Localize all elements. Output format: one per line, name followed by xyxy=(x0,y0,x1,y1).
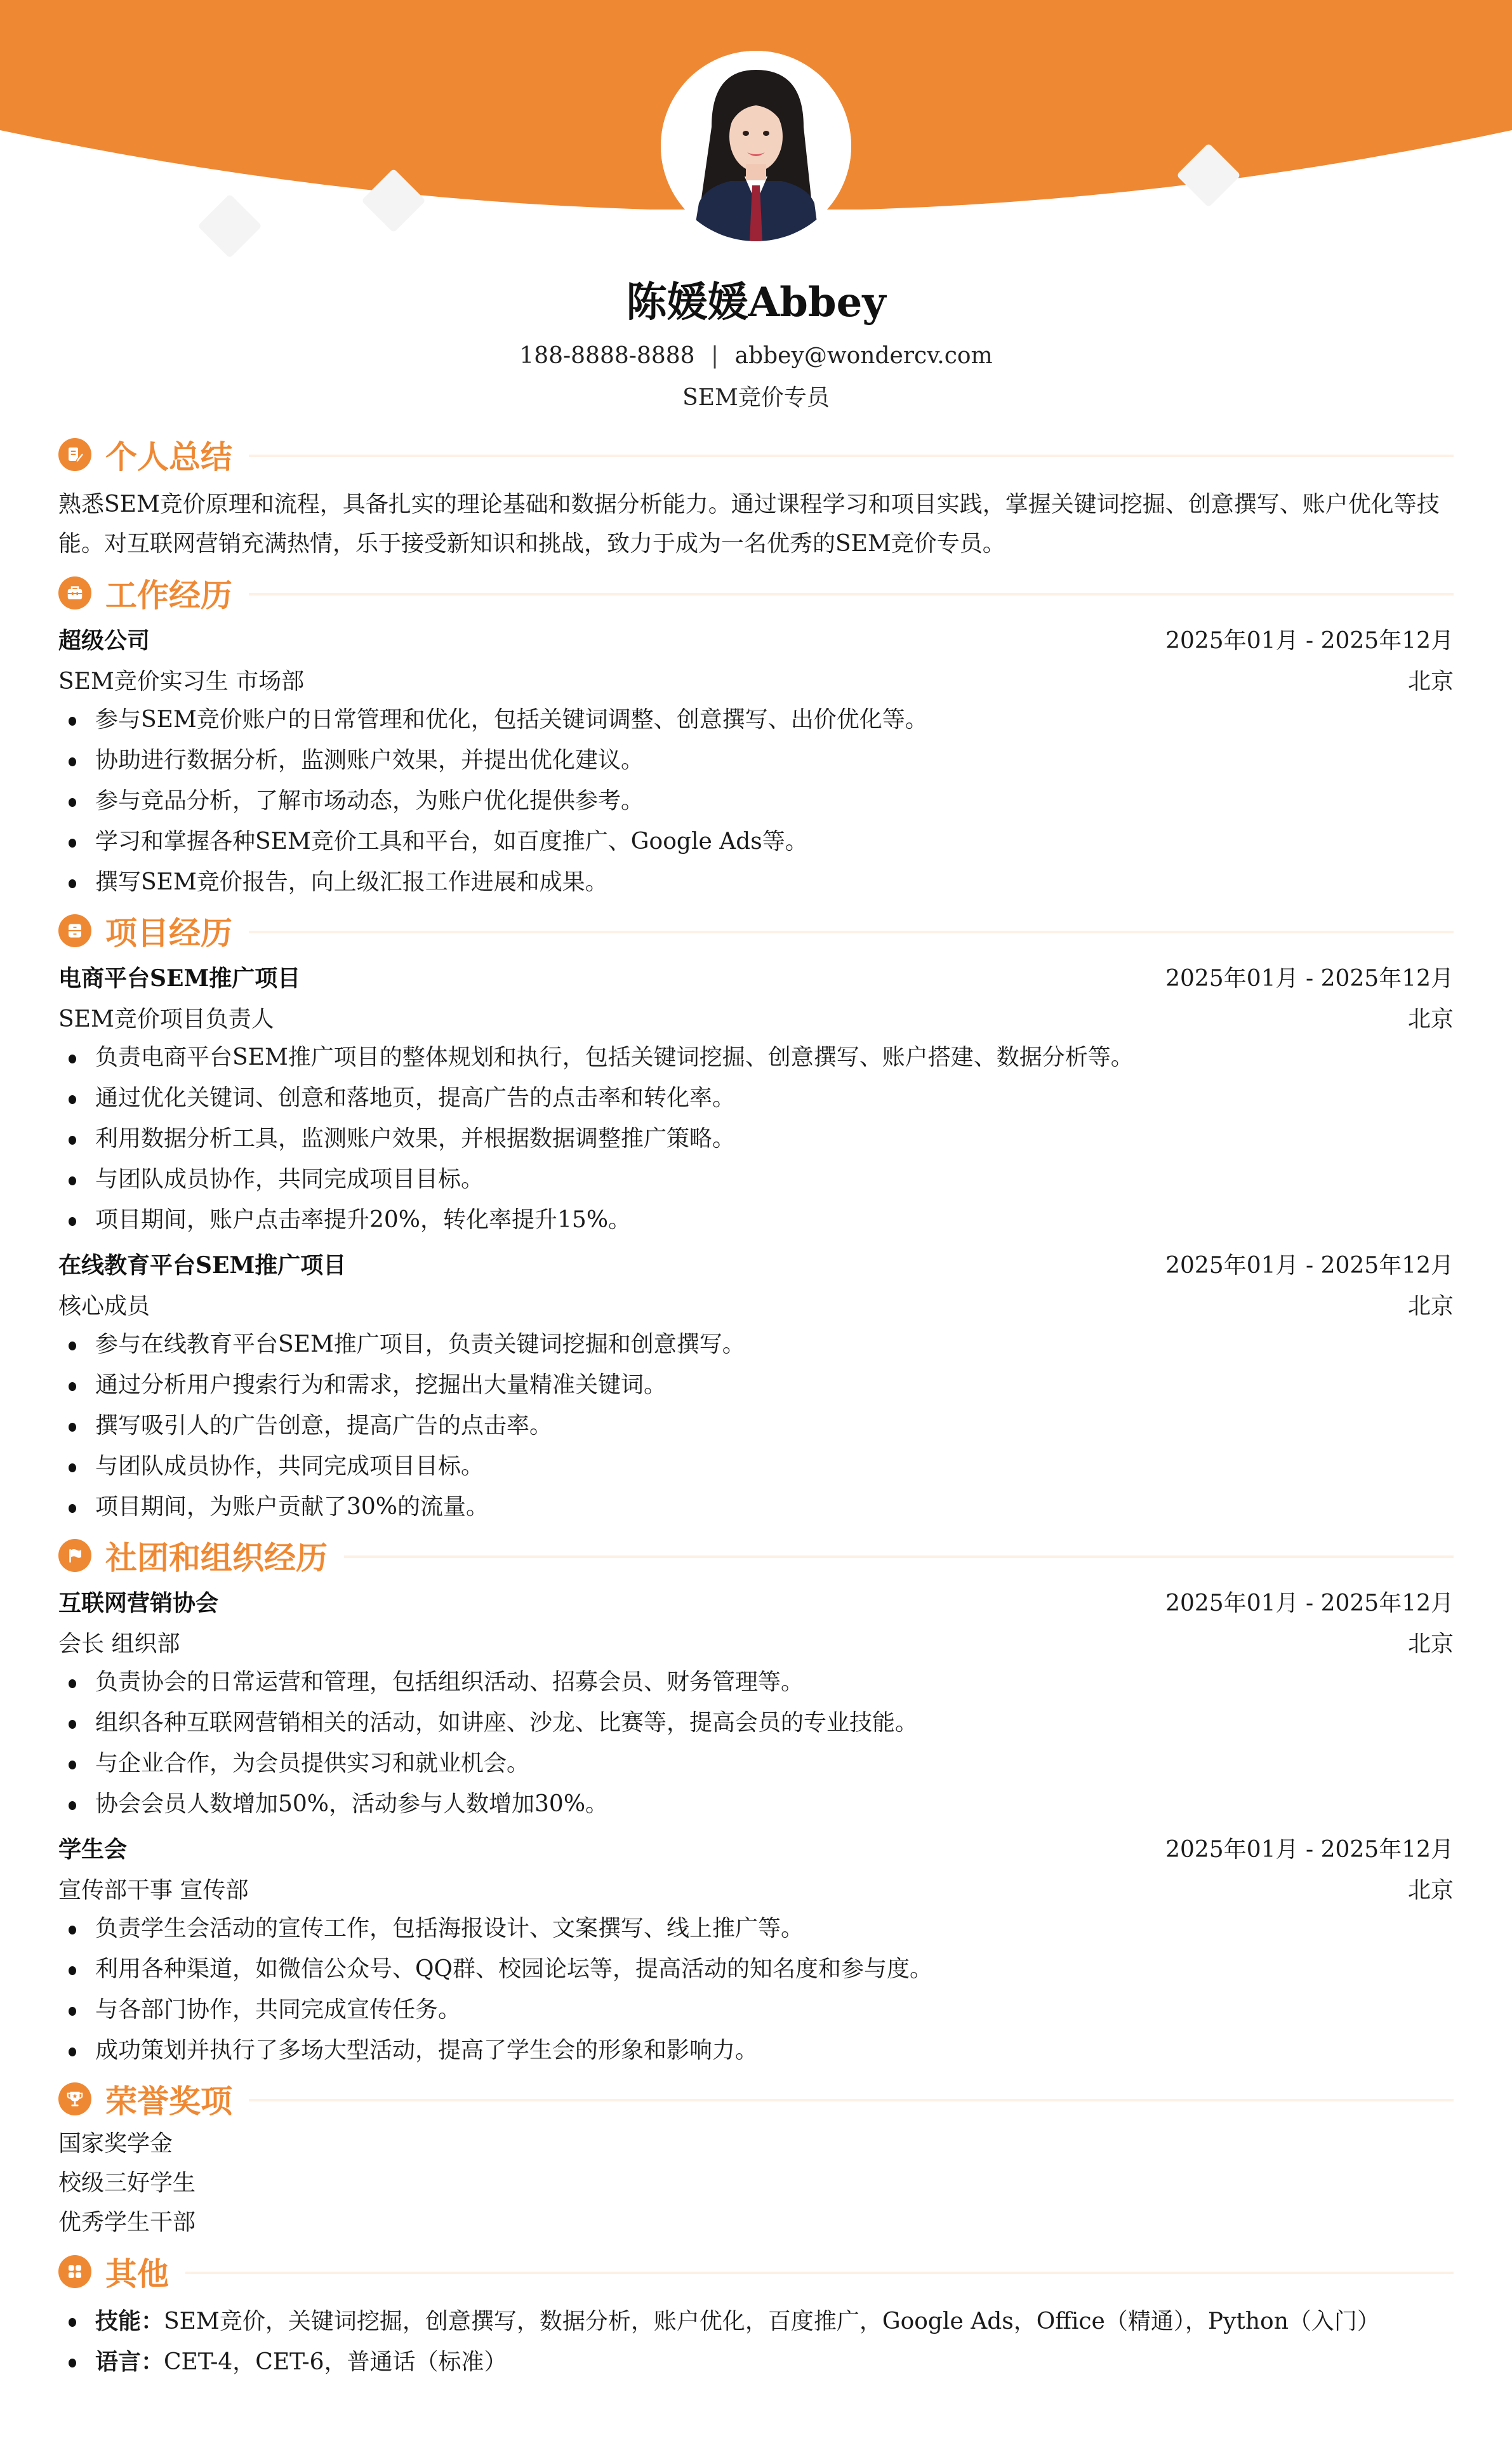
entry-bullets: 负责协会的日常运营和管理，包括组织活动、招募会员、财务管理等。 组织各种互联网营… xyxy=(58,1662,1454,1825)
section-header: 荣誉奖项 xyxy=(58,2074,1454,2124)
list-item: 参与在线教育平台SEM推广项目，负责关键词挖掘和创意撰写。 xyxy=(58,1324,1454,1365)
entry-location: 北京 xyxy=(1408,1288,1454,1321)
section-awards: 荣誉奖项 国家奖学金 校级三好学生 优秀学生干部 xyxy=(58,2074,1454,2242)
section-title: 工作经历 xyxy=(105,570,232,616)
entry-role: SEM竞价项目负责人 xyxy=(58,1001,274,1034)
contact-line: 188-8888-8888 | abbey@wondercv.com xyxy=(0,343,1512,369)
entry-location: 北京 xyxy=(1408,1872,1454,1905)
entry-organization: 学生会 xyxy=(58,1832,127,1864)
project-entry: 电商平台SEM推广项目 2025年01月 - 2025年12月 SEM竞价项目负… xyxy=(58,956,1454,1241)
section-header: 其他 xyxy=(58,2246,1454,2297)
entry-location: 北京 xyxy=(1408,1001,1454,1034)
list-item: 与团队成员协作，共同完成项目目标。 xyxy=(58,1159,1454,1200)
list-item: 参与竞品分析，了解市场动态，为账户优化提供参考。 xyxy=(58,781,1454,822)
list-item: 项目期间，账户点击率提升20%，转化率提升15%。 xyxy=(58,1200,1454,1241)
list-item: 学习和掌握各种SEM竞价工具和平台，如百度推广、Google Ads等。 xyxy=(58,822,1454,862)
candidate-name: 陈媛媛Abbey xyxy=(0,270,1512,328)
list-item: 协会会员人数增加50%，活动参与人数增加30%。 xyxy=(58,1784,1454,1825)
section-header: 社团和组织经历 xyxy=(58,1530,1454,1581)
entry-bullets: 参与在线教育平台SEM推广项目，负责关键词挖掘和创意撰写。 通过分析用户搜索行为… xyxy=(58,1324,1454,1528)
section-work: 工作经历 超级公司 2025年01月 - 2025年12月 SEM竞价实习生 市… xyxy=(58,568,1454,903)
skills-item: 技能：SEM竞价，关键词挖掘，创意撰写，数据分析，账户优化，百度推广，Googl… xyxy=(58,2301,1454,2341)
org-entry: 互联网营销协会 2025年01月 - 2025年12月 会长 组织部 北京 负责… xyxy=(58,1581,1454,1825)
entry-location: 北京 xyxy=(1408,1626,1454,1658)
entry-organization: 在线教育平台SEM推广项目 xyxy=(58,1248,346,1280)
work-entry: 超级公司 2025年01月 - 2025年12月 SEM竞价实习生 市场部 北京… xyxy=(58,618,1454,903)
entry-bullets: 参与SEM竞价账户的日常管理和优化，包括关键词调整、创意撰写、出价优化等。 协助… xyxy=(58,700,1454,903)
section-divider xyxy=(249,931,1454,933)
list-item: 通过分析用户搜索行为和需求，挖掘出大量精准关键词。 xyxy=(58,1365,1454,1406)
languages-label: 语言： xyxy=(95,2348,164,2375)
avatar xyxy=(661,51,851,241)
list-item: 组织各种互联网营销相关的活动，如讲座、沙龙、比赛等，提高会员的专业技能。 xyxy=(58,1703,1454,1743)
section-title: 荣誉奖项 xyxy=(105,2076,232,2122)
entry-date: 2025年01月 - 2025年12月 xyxy=(1165,1248,1454,1280)
list-item: 与各部门协作，共同完成宣传任务。 xyxy=(58,1990,1454,2030)
skills-label: 技能： xyxy=(95,2308,164,2334)
list-item: 与企业合作，为会员提供实习和就业机会。 xyxy=(58,1743,1454,1784)
grid-icon xyxy=(58,2255,91,2288)
list-item: 负责电商平台SEM推广项目的整体规划和执行，包括关键词挖掘、创意撰写、账户搭建、… xyxy=(58,1037,1454,1078)
skills-value: SEM竞价，关键词挖掘，创意撰写，数据分析，账户优化，百度推广，Google A… xyxy=(164,2308,1380,2334)
briefcase-icon xyxy=(58,576,91,609)
section-divider xyxy=(344,1555,1454,1558)
section-divider xyxy=(249,593,1454,596)
section-projects: 项目经历 电商平台SEM推广项目 2025年01月 - 2025年12月 SEM… xyxy=(58,905,1454,1528)
flag-icon xyxy=(58,1539,91,1572)
section-header: 项目经历 xyxy=(58,905,1454,956)
section-title: 社团和组织经历 xyxy=(105,1533,328,1578)
list-item: 参与SEM竞价账户的日常管理和优化，包括关键词调整、创意撰写、出价优化等。 xyxy=(58,700,1454,740)
list-item: 利用数据分析工具，监测账户效果，并根据数据调整推广策略。 xyxy=(58,1119,1454,1159)
section-divider xyxy=(185,2272,1454,2274)
entry-organization: 电商平台SEM推广项目 xyxy=(58,961,300,993)
award-item: 优秀学生干部 xyxy=(58,2203,1454,2242)
section-divider xyxy=(249,2099,1454,2101)
entry-organization: 互联网营销协会 xyxy=(58,1585,218,1618)
section-summary: 个人总结 熟悉SEM竞价原理和流程，具备扎实的理论基础和数据分析能力。通过课程学… xyxy=(58,429,1454,564)
list-item: 撰写吸引人的广告创意，提高广告的点击率。 xyxy=(58,1406,1454,1446)
entry-location: 北京 xyxy=(1408,663,1454,696)
contact-separator: | xyxy=(711,343,719,369)
drawer-icon xyxy=(58,914,91,947)
org-entry: 学生会 2025年01月 - 2025年12月 宣传部干事 宣传部 北京 负责学… xyxy=(58,1827,1454,2071)
project-entry: 在线教育平台SEM推广项目 2025年01月 - 2025年12月 核心成员 北… xyxy=(58,1243,1454,1528)
section-header: 个人总结 xyxy=(58,429,1454,480)
entry-date: 2025年01月 - 2025年12月 xyxy=(1165,1585,1454,1618)
profile-photo xyxy=(661,51,851,241)
section-header: 工作经历 xyxy=(58,568,1454,618)
entry-date: 2025年01月 - 2025年12月 xyxy=(1165,1832,1454,1864)
entry-date: 2025年01月 - 2025年12月 xyxy=(1165,961,1454,993)
note-pen-icon xyxy=(58,438,91,471)
entry-organization: 超级公司 xyxy=(58,623,150,655)
section-organizations: 社团和组织经历 互联网营销协会 2025年01月 - 2025年12月 会长 组… xyxy=(58,1530,1454,2071)
list-item: 项目期间，为账户贡献了30%的流量。 xyxy=(58,1487,1454,1528)
list-item: 协助进行数据分析，监测账户效果，并提出优化建议。 xyxy=(58,740,1454,781)
section-title: 项目经历 xyxy=(105,908,232,954)
list-item: 撰写SEM竞价报告，向上级汇报工作进展和成果。 xyxy=(58,862,1454,903)
list-item: 负责协会的日常运营和管理，包括组织活动、招募会员、财务管理等。 xyxy=(58,1662,1454,1703)
award-item: 国家奖学金 xyxy=(58,2124,1454,2164)
section-other: 其他 技能：SEM竞价，关键词挖掘，创意撰写，数据分析，账户优化，百度推广，Go… xyxy=(58,2246,1454,2382)
entry-role: 核心成员 xyxy=(58,1288,150,1321)
entry-bullets: 负责学生会活动的宣传工作，包括海报设计、文案撰写、线上推广等。 利用各种渠道，如… xyxy=(58,1908,1454,2071)
other-list: 技能：SEM竞价，关键词挖掘，创意撰写，数据分析，账户优化，百度推广，Googl… xyxy=(58,2301,1454,2382)
list-item: 通过优化关键词、创意和落地页，提高广告的点击率和转化率。 xyxy=(58,1078,1454,1119)
job-title: SEM竞价专员 xyxy=(0,380,1512,412)
entry-role: 宣传部干事 宣传部 xyxy=(58,1872,248,1905)
languages-item: 语言：CET-4，CET-6，普通话（标准） xyxy=(58,2341,1454,2382)
summary-text: 熟悉SEM竞价原理和流程，具备扎实的理论基础和数据分析能力。通过课程学习和项目实… xyxy=(58,485,1454,564)
entry-bullets: 负责电商平台SEM推广项目的整体规划和执行，包括关键词挖掘、创意撰写、账户搭建、… xyxy=(58,1037,1454,1241)
section-title: 个人总结 xyxy=(105,432,232,477)
list-item: 负责学生会活动的宣传工作，包括海报设计、文案撰写、线上推广等。 xyxy=(58,1908,1454,1949)
list-item: 成功策划并执行了多场大型活动，提高了学生会的形象和影响力。 xyxy=(58,2030,1454,2071)
list-item: 利用各种渠道，如微信公众号、QQ群、校园论坛等，提高活动的知名度和参与度。 xyxy=(58,1949,1454,1990)
entry-date: 2025年01月 - 2025年12月 xyxy=(1165,623,1454,655)
award-item: 校级三好学生 xyxy=(58,2164,1454,2203)
email-address[interactable]: abbey@wondercv.com xyxy=(735,343,993,369)
phone-number: 188-8888-8888 xyxy=(519,343,694,369)
list-item: 与团队成员协作，共同完成项目目标。 xyxy=(58,1446,1454,1487)
resume-content: 个人总结 熟悉SEM竞价原理和流程，具备扎实的理论基础和数据分析能力。通过课程学… xyxy=(58,427,1454,2385)
section-divider xyxy=(249,455,1454,457)
section-title: 其他 xyxy=(105,2249,169,2294)
trophy-icon xyxy=(58,2082,91,2115)
languages-value: CET-4，CET-6，普通话（标准） xyxy=(164,2349,507,2375)
entry-role: 会长 组织部 xyxy=(58,1626,180,1658)
entry-role: SEM竞价实习生 市场部 xyxy=(58,663,304,696)
